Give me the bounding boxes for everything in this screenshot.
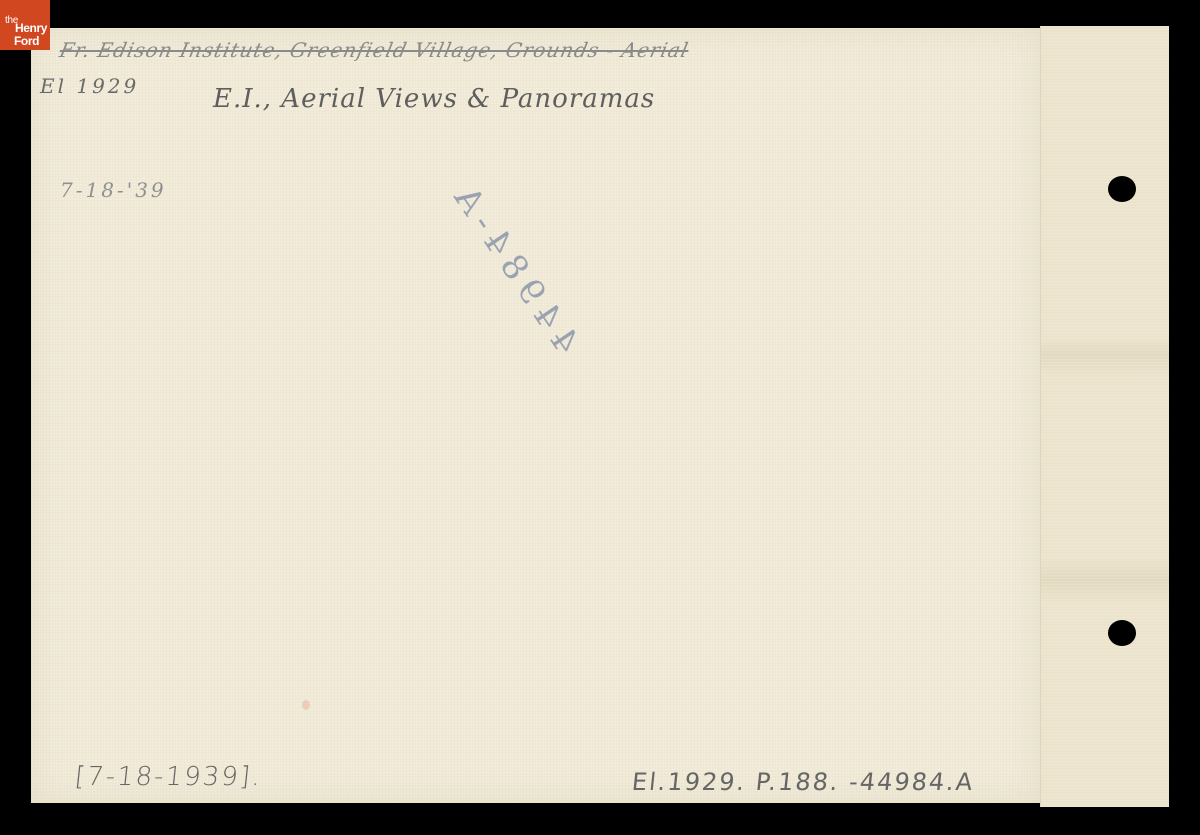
henry-ford-logo[interactable]: the Henry Ford — [0, 0, 50, 50]
binder-tab — [1040, 26, 1169, 807]
binder-hole-bottom — [1108, 620, 1136, 646]
card-title: E.I., Aerial Views & Panoramas — [213, 84, 655, 114]
struck-header-note: Fr. Edison Institute, Greenfield Village… — [57, 38, 691, 62]
bottom-reference: El.1929. P.188. -44984.A — [631, 768, 976, 796]
logo-ford: Ford — [14, 35, 39, 47]
bottom-date: [7-18-1939]. — [73, 762, 263, 792]
catalog-code: El 1929 — [40, 74, 139, 98]
date-note: 7-18-'39 — [60, 178, 167, 202]
paper-stain — [302, 700, 310, 710]
document-viewer: the Henry Ford Fr. Edison Institute, Gre… — [0, 0, 1200, 835]
logo-henry: Henry — [15, 22, 47, 34]
binder-hole-top — [1108, 176, 1136, 202]
catalog-card — [31, 28, 1041, 803]
